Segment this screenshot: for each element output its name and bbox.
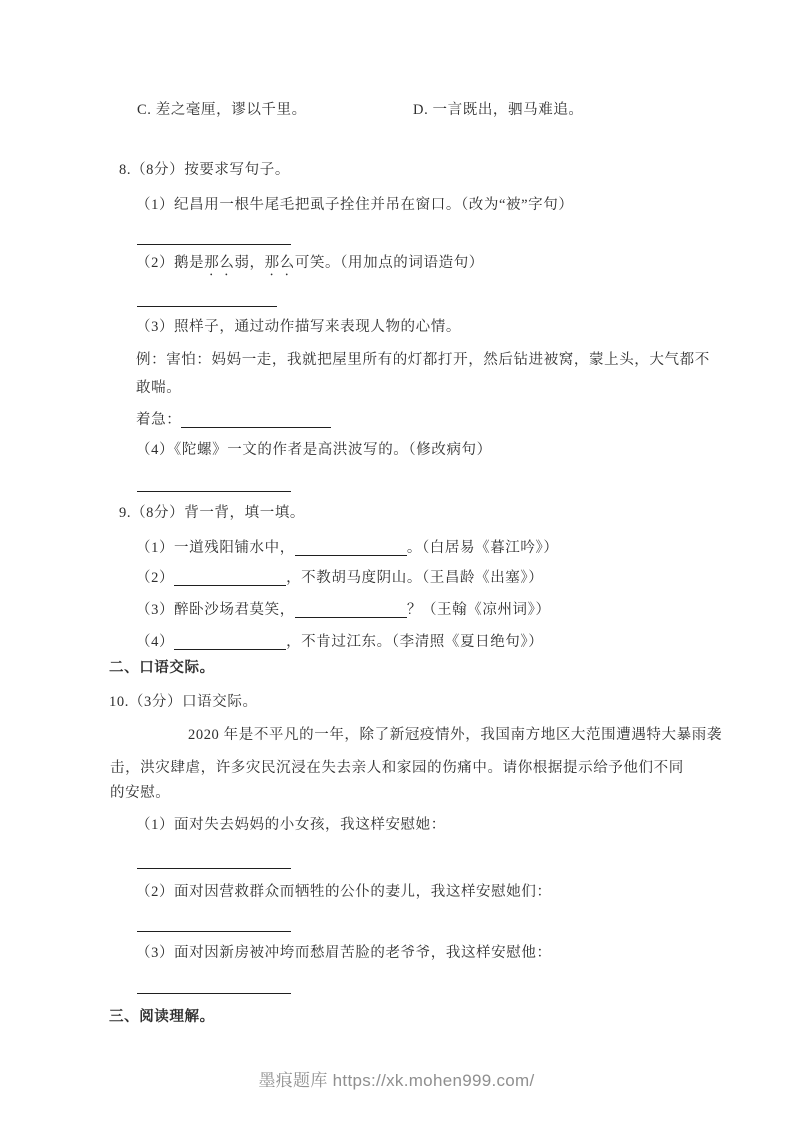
- question-10-intro-line-2: 击，洪灾肆虐，许多灾民沉浸在失去亲人和家园的伤痛中。请你根据提示给予他们不同: [110, 757, 684, 779]
- answer-blank[interactable]: [174, 571, 286, 586]
- choice-option-c: C. 差之毫厘，谬以千里。: [137, 99, 307, 121]
- answer-blank[interactable]: [137, 293, 277, 307]
- verse-post: ，不教胡马度阴山。（王昌龄《出塞》）: [286, 570, 543, 586]
- question-8-part-3: （3）照样子，通过动作描写来表现人物的心情。: [136, 316, 461, 338]
- emphasized-word: 那么: [204, 255, 234, 271]
- emphasized-word: 那么: [265, 255, 295, 271]
- part-2-mid: 弱，: [234, 255, 264, 271]
- verse-pre: （3）醉卧沙场君莫笑，: [136, 602, 295, 618]
- question-10-intro-line-1: 2020 年是不平凡的一年，除了新冠疫情外，我国南方地区大范围遭遇特大暴雨袭: [188, 724, 722, 746]
- section-heading-oral-communication: 二、口语交际。: [109, 657, 215, 679]
- answer-blank[interactable]: [137, 980, 291, 994]
- answer-blank[interactable]: [137, 855, 291, 869]
- answer-blank[interactable]: [295, 603, 407, 618]
- choice-option-d: D. 一言既出，驷马难追。: [413, 99, 584, 121]
- verse-pre: （2）: [136, 570, 174, 586]
- answer-blank[interactable]: [137, 918, 291, 932]
- question-10-part-1: （1）面对失去妈妈的小女孩，我这样安慰她：: [136, 814, 446, 836]
- anxious-label: 着急：: [136, 412, 181, 428]
- question-8-part-1: （1）纪昌用一根牛尾毛把虱子拴住并吊在窗口。（改为“被”字句）: [136, 194, 573, 216]
- answer-line-q10-2: [137, 918, 291, 931]
- site-footer: 墨痕题库 https://xk.mohen999.com/: [0, 1066, 793, 1091]
- answer-line-q10-1: [137, 855, 291, 868]
- exam-paper-page: C. 差之毫厘，谬以千里。 D. 一言既出，驷马难追。 8.（8分）按要求写句子…: [0, 0, 793, 1122]
- section-heading-reading-comprehension: 三、阅读理解。: [109, 1006, 215, 1028]
- question-9-title: 9.（8分）背一背，填一填。: [119, 502, 305, 524]
- part-2-post: 可笑。（用加点的词语造句）: [295, 255, 484, 271]
- answer-blank[interactable]: [174, 635, 286, 650]
- example-sentence-line-1: 例：害怕：妈妈一走，我就把屋里所有的灯都打开，然后钻进被窝，蒙上头，大气都不: [136, 349, 710, 371]
- question-9-part-1: （1）一道残阳铺水中，。（白居易《暮江吟》）: [136, 537, 558, 559]
- answer-blank[interactable]: [181, 413, 331, 428]
- question-10-part-2: （2）面对因营救群众而牺牲的公仆的妻儿，我这样安慰她们：: [136, 881, 552, 903]
- verse-post: 。（白居易《暮江吟》）: [407, 540, 559, 556]
- question-8-part-4: （4）《陀螺》一文的作者是高洪波写的。（修改病句）: [136, 439, 492, 461]
- question-9-part-3: （3）醉卧沙场君莫笑，？（王翰《凉州词》）: [136, 599, 551, 621]
- verse-pre: （1）一道残阳铺水中，: [136, 540, 295, 556]
- answer-blank[interactable]: [137, 231, 291, 245]
- question-8-part-2: （2）鹅是那么弱，那么可笑。（用加点的词语造句）: [136, 252, 484, 274]
- example-sentence-line-2: 敢喘。: [136, 377, 181, 399]
- answer-line-q8-2: [137, 293, 277, 306]
- verse-post: ，不肯过江东。（李清照《夏日绝句》）: [286, 634, 543, 650]
- question-9-part-2: （2），不教胡马度阴山。（王昌龄《出塞》）: [136, 567, 543, 589]
- answer-line-q8-4: [137, 478, 291, 491]
- question-10-title: 10.（3分）口语交际。: [109, 691, 258, 713]
- part-2-pre: （2）鹅是: [136, 255, 204, 271]
- question-10-intro-line-3: 的安慰。: [110, 782, 170, 804]
- anxious-answer-line: 着急：: [136, 409, 331, 431]
- question-9-part-4: （4），不肯过江东。（李清照《夏日绝句》）: [136, 631, 543, 653]
- answer-line-q10-3: [137, 980, 291, 993]
- question-10-part-3: （3）面对因新房被冲垮而愁眉苦脸的老爷爷，我这样安慰他：: [136, 942, 552, 964]
- answer-blank[interactable]: [137, 478, 291, 492]
- answer-blank[interactable]: [295, 541, 407, 556]
- answer-line-q8-1: [137, 231, 291, 244]
- verse-pre: （4）: [136, 634, 174, 650]
- verse-post: ？（王翰《凉州词》）: [407, 602, 551, 618]
- question-8-title: 8.（8分）按要求写句子。: [119, 159, 290, 181]
